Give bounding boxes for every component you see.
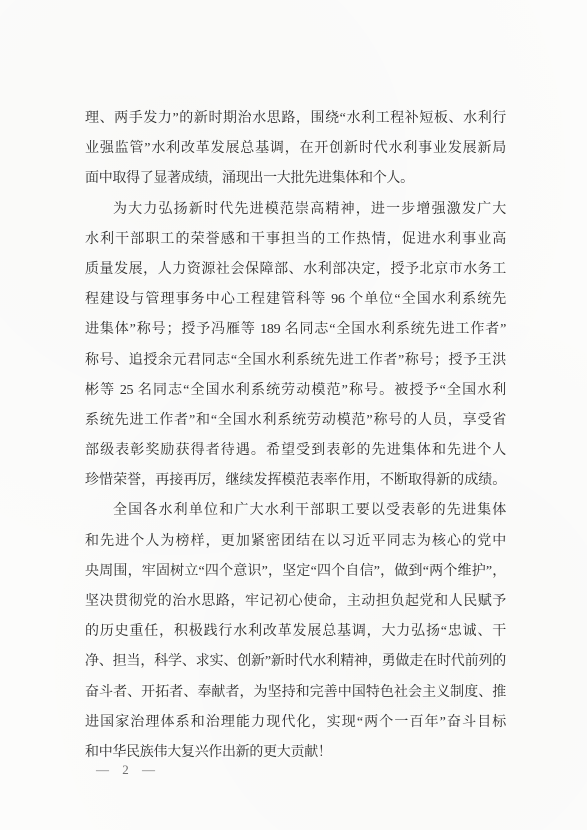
text-line: 央周围，牢固树立“四个意识”，坚定“四个自信”，做到“两个维护”， [85, 557, 506, 587]
text-line: 水利干部职工的荣誉感和干事担当的工作热情，促进水利事业高 [85, 225, 506, 255]
text-line: 进国家治理体系和治理能力现代化，实现“两个一百年”奋斗目标 [85, 708, 506, 738]
text-line: 面中取得了显著成绩，涌现出一大批先进集体和个人。 [85, 164, 506, 194]
text-line: 系统先进工作者”和“全国水利系统劳动模范”称号的人员，享受省 [85, 406, 506, 436]
text-line: 和先进个人为榜样，更加紧密团结在以习近平同志为核心的党中 [85, 527, 506, 557]
text-line: 部级表彰奖励获得者待遇。希望受到表彰的先进集体和先进个人 [85, 436, 506, 466]
text-line: 净、担当，科学、求实、创新”新时代水利精神，勇做走在时代前列的 [85, 647, 506, 677]
text-line: 为大力弘扬新时代先进模范崇高精神，进一步增强激发广大 [85, 195, 506, 225]
text-line: 珍惜荣誉，再接再厉，继续发挥模范表率作用，不断取得新的成绩。 [85, 466, 506, 496]
document-page: 理、两手发力”的新时期治水思路，围绕“水利工程补短板、水利行 业强监管”水利改革… [0, 0, 587, 830]
text-line: 质量发展，人力资源社会保障部、水利部决定，授予北京市水务工 [85, 255, 506, 285]
page-number: — 2 — [96, 762, 160, 778]
text-line: 彬等 25 名同志“全国水利系统劳动模范”称号。被授予“全国水利 [85, 376, 506, 406]
text-line: 奋斗者、开拓者、奉献者，为坚持和完善中国特色社会主义制度、推 [85, 678, 506, 708]
text-line: 业强监管”水利改革发展总基调，在开创新时代水利事业发展新局 [85, 134, 506, 164]
body-text: 理、两手发力”的新时期治水思路，围绕“水利工程补短板、水利行 业强监管”水利改革… [85, 104, 506, 768]
text-line: 坚决贯彻党的治水思路，牢记初心使命，主动担负起党和人民赋予 [85, 587, 506, 617]
text-line: 称号、追授余元君同志“全国水利系统先进工作者”称号；授予王洪 [85, 346, 506, 376]
text-line: 程建设与管理事务中心工程建管科等 96 个单位“全国水利系统先 [85, 285, 506, 315]
text-line: 理、两手发力”的新时期治水思路，围绕“水利工程补短板、水利行 [85, 104, 506, 134]
text-line: 的历史重任，积极践行水利改革发展总基调，大力弘扬“忠诚、干 [85, 617, 506, 647]
text-line: 进集体”称号；授予冯雁等 189 名同志“全国水利系统先进工作者” [85, 315, 506, 345]
text-line: 全国各水利单位和广大水利干部职工要以受表彰的先进集体 [85, 496, 506, 526]
